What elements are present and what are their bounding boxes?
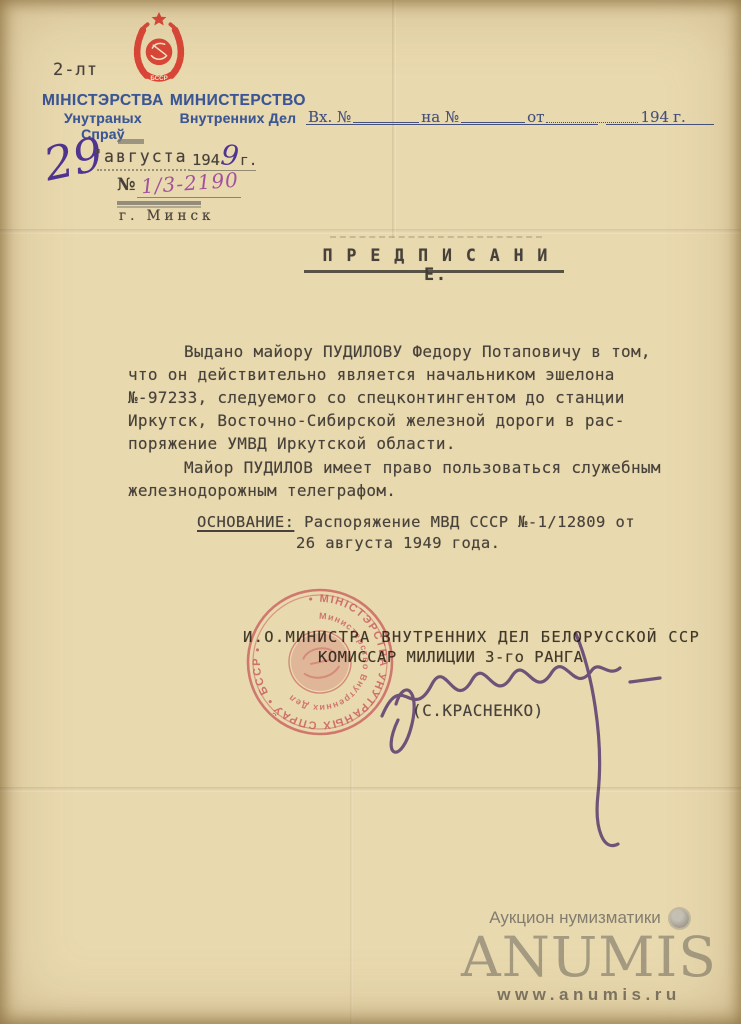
basis-block: ОСНОВАНИЕ: Распоряжение МВД СССР №-1/128…: [197, 512, 677, 554]
body-line: железнодорожным телеграфом.: [128, 479, 668, 502]
number-underline: [137, 197, 241, 198]
body-line: Выдано майору ПУДИЛОВУ Федору Потаповичу…: [128, 340, 668, 363]
document-page: 2-лт БССР МІНІСТЭРСТВА Унутраных Спраў: [0, 0, 741, 1024]
date-dotted-line: [97, 169, 190, 171]
fold-crease-vertical-bottom: [350, 760, 353, 1024]
number-sign: №: [117, 175, 135, 195]
body-line: Майор ПУДИЛОВ имеет право пользоваться с…: [128, 456, 668, 479]
document-title: П Р Е Д П И С А Н И Е.: [308, 246, 564, 284]
incoming-blank-1: [353, 121, 419, 123]
watermark: Аукцион нумизматики ANUMIS www.anumis.ru: [448, 908, 730, 1005]
title-underline: [304, 270, 564, 273]
fold-crease-horizontal-upper: [0, 229, 741, 234]
faint-erased-line: [330, 236, 542, 238]
paragraph-2: Майор ПУДИЛОВ имеет право пользоваться с…: [128, 456, 668, 502]
incoming-underline-left: [306, 124, 598, 125]
date-quote-mark: ": [93, 146, 102, 164]
incoming-blank-2: [461, 121, 525, 123]
emblem-label: БССР: [150, 75, 167, 82]
date-month: августа: [104, 147, 188, 166]
incoming-blank-3: [546, 121, 638, 123]
year-printed: 194: [192, 151, 220, 169]
handwritten-number: 1/3-2190: [140, 168, 239, 199]
year-suffix: г.: [240, 153, 257, 169]
letterhead-rule: [118, 139, 144, 144]
basis-text-line2: 26 августа 1949 года.: [296, 533, 677, 554]
paragraph-1: Выдано майору ПУДИЛОВУ Федору Потаповичу…: [128, 340, 668, 455]
body-line: что он действительно является начальнико…: [128, 363, 668, 386]
watermark-brand: ANUMIS: [448, 931, 730, 983]
org-name-ru-line2: Внутренних Дел: [170, 110, 306, 126]
bssr-coat-of-arms-icon: БССР: [130, 11, 188, 87]
basis-label: ОСНОВАНИЕ:: [197, 513, 294, 531]
form-bar: [117, 201, 201, 205]
org-name-be-line1: МІНІСТЭРСТВА: [42, 92, 164, 110]
body-line: Иркутск, Восточно-Сибирской железной дор…: [128, 409, 668, 432]
incoming-registration-line: Вх. № на № от 194 г.: [306, 100, 718, 126]
incoming-underline-right: [606, 124, 714, 125]
basis-text-line1: Распоряжение МВД СССР №-1/12809 от: [304, 513, 635, 531]
org-name-ru-line1: МИНИСТЕРСТВО: [170, 92, 306, 110]
corner-note: 2-лт: [53, 60, 98, 80]
body-line: №-97233, следуемого со спецконтингентом …: [128, 386, 668, 409]
city-label: г. Минск: [119, 208, 214, 224]
handwritten-signature-icon: [368, 608, 668, 868]
letterhead-russian: МИНИСТЕРСТВО Внутренних Дел: [170, 92, 306, 126]
body-line: поряжение УМВД Иркутской области.: [128, 432, 668, 455]
